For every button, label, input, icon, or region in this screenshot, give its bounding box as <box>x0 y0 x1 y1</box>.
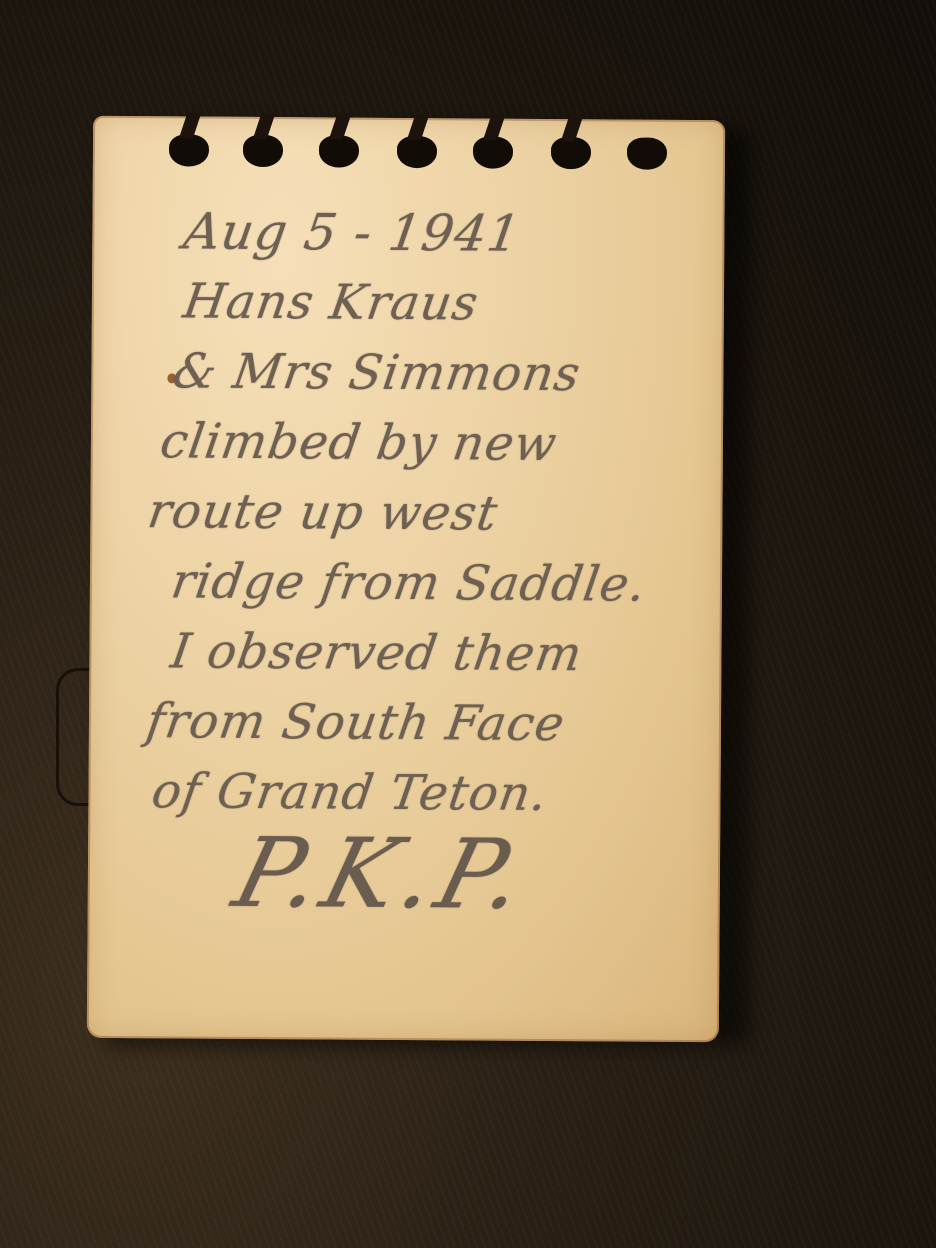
note-line: ridge from Saddle. <box>137 546 707 620</box>
note-line: Hans Kraus <box>139 266 709 340</box>
note-date: Aug 5 - 1941 <box>139 196 709 270</box>
spiral-hole <box>319 135 359 167</box>
signature-initials: P.K.P. <box>224 817 542 931</box>
spiral-hole <box>169 134 209 166</box>
note-line: climbed by new <box>138 406 708 480</box>
spiral-hole <box>397 136 437 168</box>
notebook-page: Aug 5 - 1941 Hans Kraus & Mrs Simmons cl… <box>87 116 725 1042</box>
note-line: route up west <box>137 476 707 550</box>
note-line: & Mrs Simmons <box>138 336 708 410</box>
spiral-hole <box>627 138 667 170</box>
spiral-hole <box>551 137 591 169</box>
spiral-hole <box>473 136 513 168</box>
note-line: from South Face <box>136 686 706 760</box>
handwritten-note: Aug 5 - 1941 Hans Kraus & Mrs Simmons cl… <box>140 196 704 830</box>
note-line: I observed them <box>136 616 706 690</box>
spiral-hole <box>243 135 283 167</box>
